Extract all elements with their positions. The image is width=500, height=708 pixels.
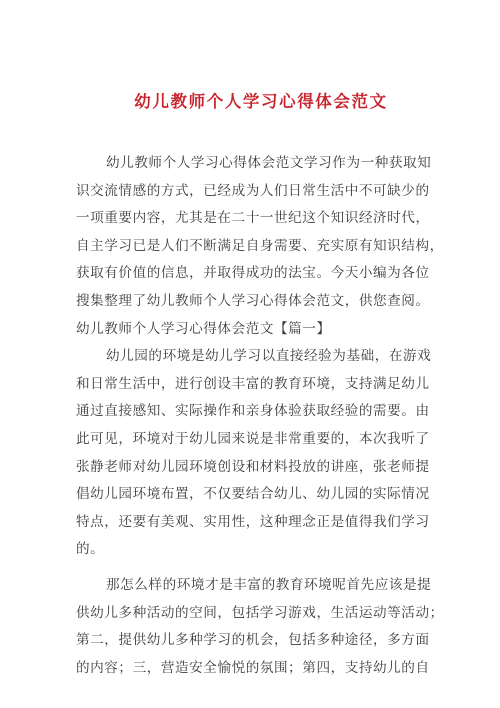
- text-line: 倡幼儿园环境布置，不仅要结合幼儿、幼儿园的实际情况: [76, 481, 428, 509]
- paragraph-2: 那怎么样的环境才是丰富的教育环境呢首先应该是提 供幼儿多种活动的空间，包括学习游…: [76, 572, 428, 682]
- text-line: 张静老师对幼儿园环境创设和材料投放的讲座，张老师提: [76, 454, 428, 482]
- text-line: 自主学习已是人们不断满足自身需要、充实原有知识结构，: [76, 233, 428, 261]
- text-line: 一项重要内容，尤其是在二十一世纪这个知识经济时代，: [76, 205, 428, 233]
- text-line: 特点，还要有美观、实用性，这种理念正是值得我们学习: [76, 509, 428, 537]
- text-line: 第二，提供幼儿多种学习的机会，包括多种途径，多方面: [76, 627, 428, 655]
- text-line: 此可见，环境对于幼儿园来说是非常重要的，本次我听了: [76, 426, 428, 454]
- paragraph-gap: [76, 564, 428, 572]
- text-line: 获取有价值的信息，并取得成功的法宝。今天小编为各位: [76, 260, 428, 288]
- text-line: 幼儿教师个人学习心得体会范文学习作为一种获取知: [76, 150, 428, 178]
- text-line: 和日常生活中，进行创设丰富的教育环境，支持满足幼儿: [76, 371, 428, 399]
- text-line: 幼儿园的环境是幼儿学习以直接经验为基础，在游戏: [76, 343, 428, 371]
- paragraph-1: 幼儿园的环境是幼儿学习以直接经验为基础，在游戏 和日常生活中，进行创设丰富的教育…: [76, 343, 428, 564]
- text-line: 通过直接感知、实际操作和亲身体验获取经验的需要。由: [76, 398, 428, 426]
- text-line: 供幼儿多种活动的空间，包括学习游戏，生活运动等活动；: [76, 600, 428, 628]
- document-title: 幼儿教师个人学习心得体会范文: [0, 91, 500, 113]
- document-body: 幼儿教师个人学习心得体会范文学习作为一种获取知 识交流情感的方式，已经成为人们日…: [76, 150, 428, 682]
- text-line: 搜集整理了幼儿教师个人学习心得体会范文，供您查阅。: [76, 288, 428, 316]
- text-line: 识交流情感的方式，已经成为人们日常生活中不可缺少的: [76, 178, 428, 206]
- text-line: 的内容；三，营造安全愉悦的氛围；第四，支持幼儿的自: [76, 655, 428, 683]
- text-line: 的。: [76, 536, 428, 564]
- intro-paragraph: 幼儿教师个人学习心得体会范文学习作为一种获取知 识交流情感的方式，已经成为人们日…: [76, 150, 428, 316]
- text-line: 那怎么样的环境才是丰富的教育环境呢首先应该是提: [76, 572, 428, 600]
- section-heading: 幼儿教师个人学习心得体会范文【篇一】: [76, 316, 428, 344]
- document-page: 幼儿教师个人学习心得体会范文 幼儿教师个人学习心得体会范文学习作为一种获取知 识…: [0, 0, 500, 708]
